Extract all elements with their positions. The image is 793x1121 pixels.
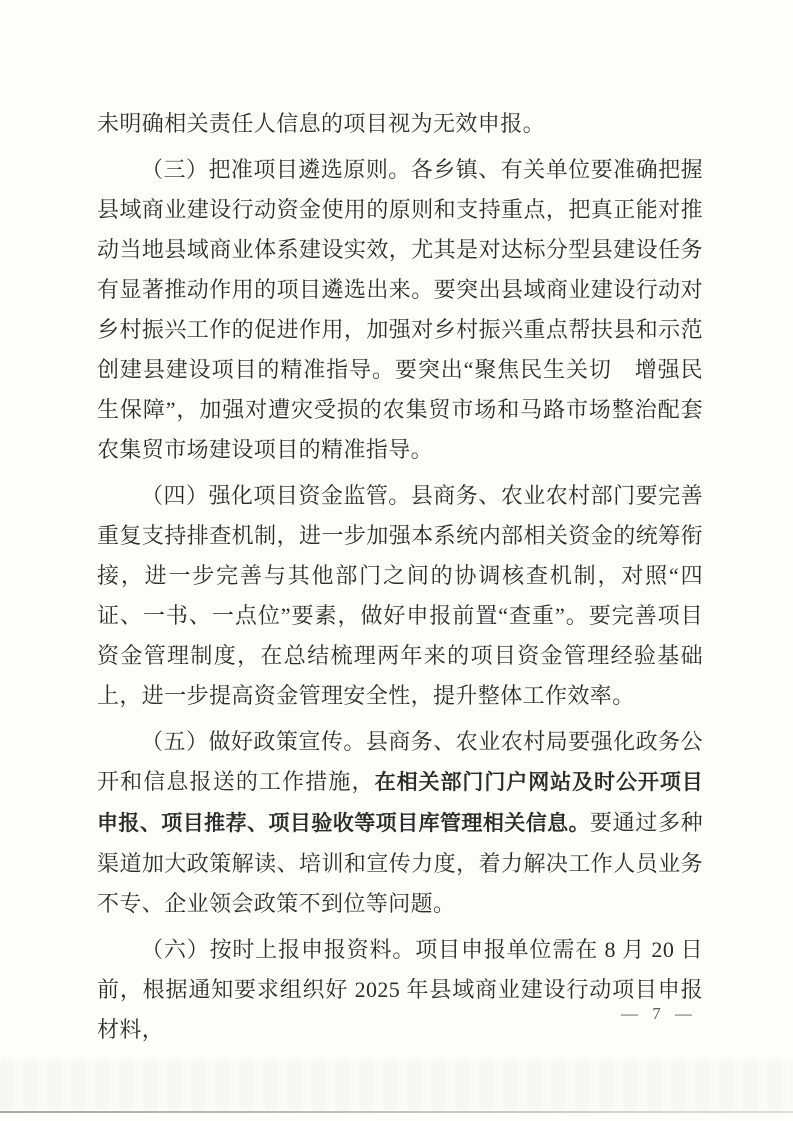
paragraph-continuation: 未明确相关责任人信息的项目视为无效申报。 xyxy=(97,104,703,144)
section-4-body: 县商务、农业农村部门要完善重复支持排查机制，进一步加强本系统内部相关资金的统筹衔… xyxy=(97,483,703,708)
scan-bleedthrough-artifact xyxy=(0,1060,793,1110)
paragraph-section-6: （六）按时上报申报资料。项目申报单位需在 8 月 20 日前，根据通知要求组织好… xyxy=(97,930,703,1050)
document-page: 未明确相关责任人信息的项目视为无效申报。 （三）把准项目遴选原则。各乡镇、有关单… xyxy=(0,0,793,1121)
section-3-heading: （三）把准项目遴选原则。 xyxy=(141,157,411,182)
paragraph-section-4: （四）强化项目资金监管。县商务、农业农村部门要完善重复支持排查机制，进一步加强本… xyxy=(97,476,703,716)
page-number: — 7 — xyxy=(621,1003,697,1025)
section-4-heading: （四）强化项目资金监管。 xyxy=(141,483,411,508)
section-3-body: 各乡镇、有关单位要准确把握县域商业建设行动资金使用的原则和支持重点，把真正能对推… xyxy=(97,157,703,462)
paragraph-section-3: （三）把准项目遴选原则。各乡镇、有关单位要准确把握县域商业建设行动资金使用的原则… xyxy=(97,150,703,470)
section-5-heading: （五）做好政策宣传。 xyxy=(141,729,366,754)
paragraph-section-5: （五）做好政策宣传。县商务、农业农村局要强化政务公开和信息报送的工作措施，在相关… xyxy=(97,722,703,924)
section-6-heading: （六）按时上报申报资料。 xyxy=(141,937,415,962)
scan-edge-line xyxy=(0,1111,793,1113)
text-block: 未明确相关责任人信息的项目视为无效申报。 （三）把准项目遴选原则。各乡镇、有关单… xyxy=(97,104,703,1050)
continuation-text: 未明确相关责任人信息的项目视为无效申报。 xyxy=(97,111,545,136)
